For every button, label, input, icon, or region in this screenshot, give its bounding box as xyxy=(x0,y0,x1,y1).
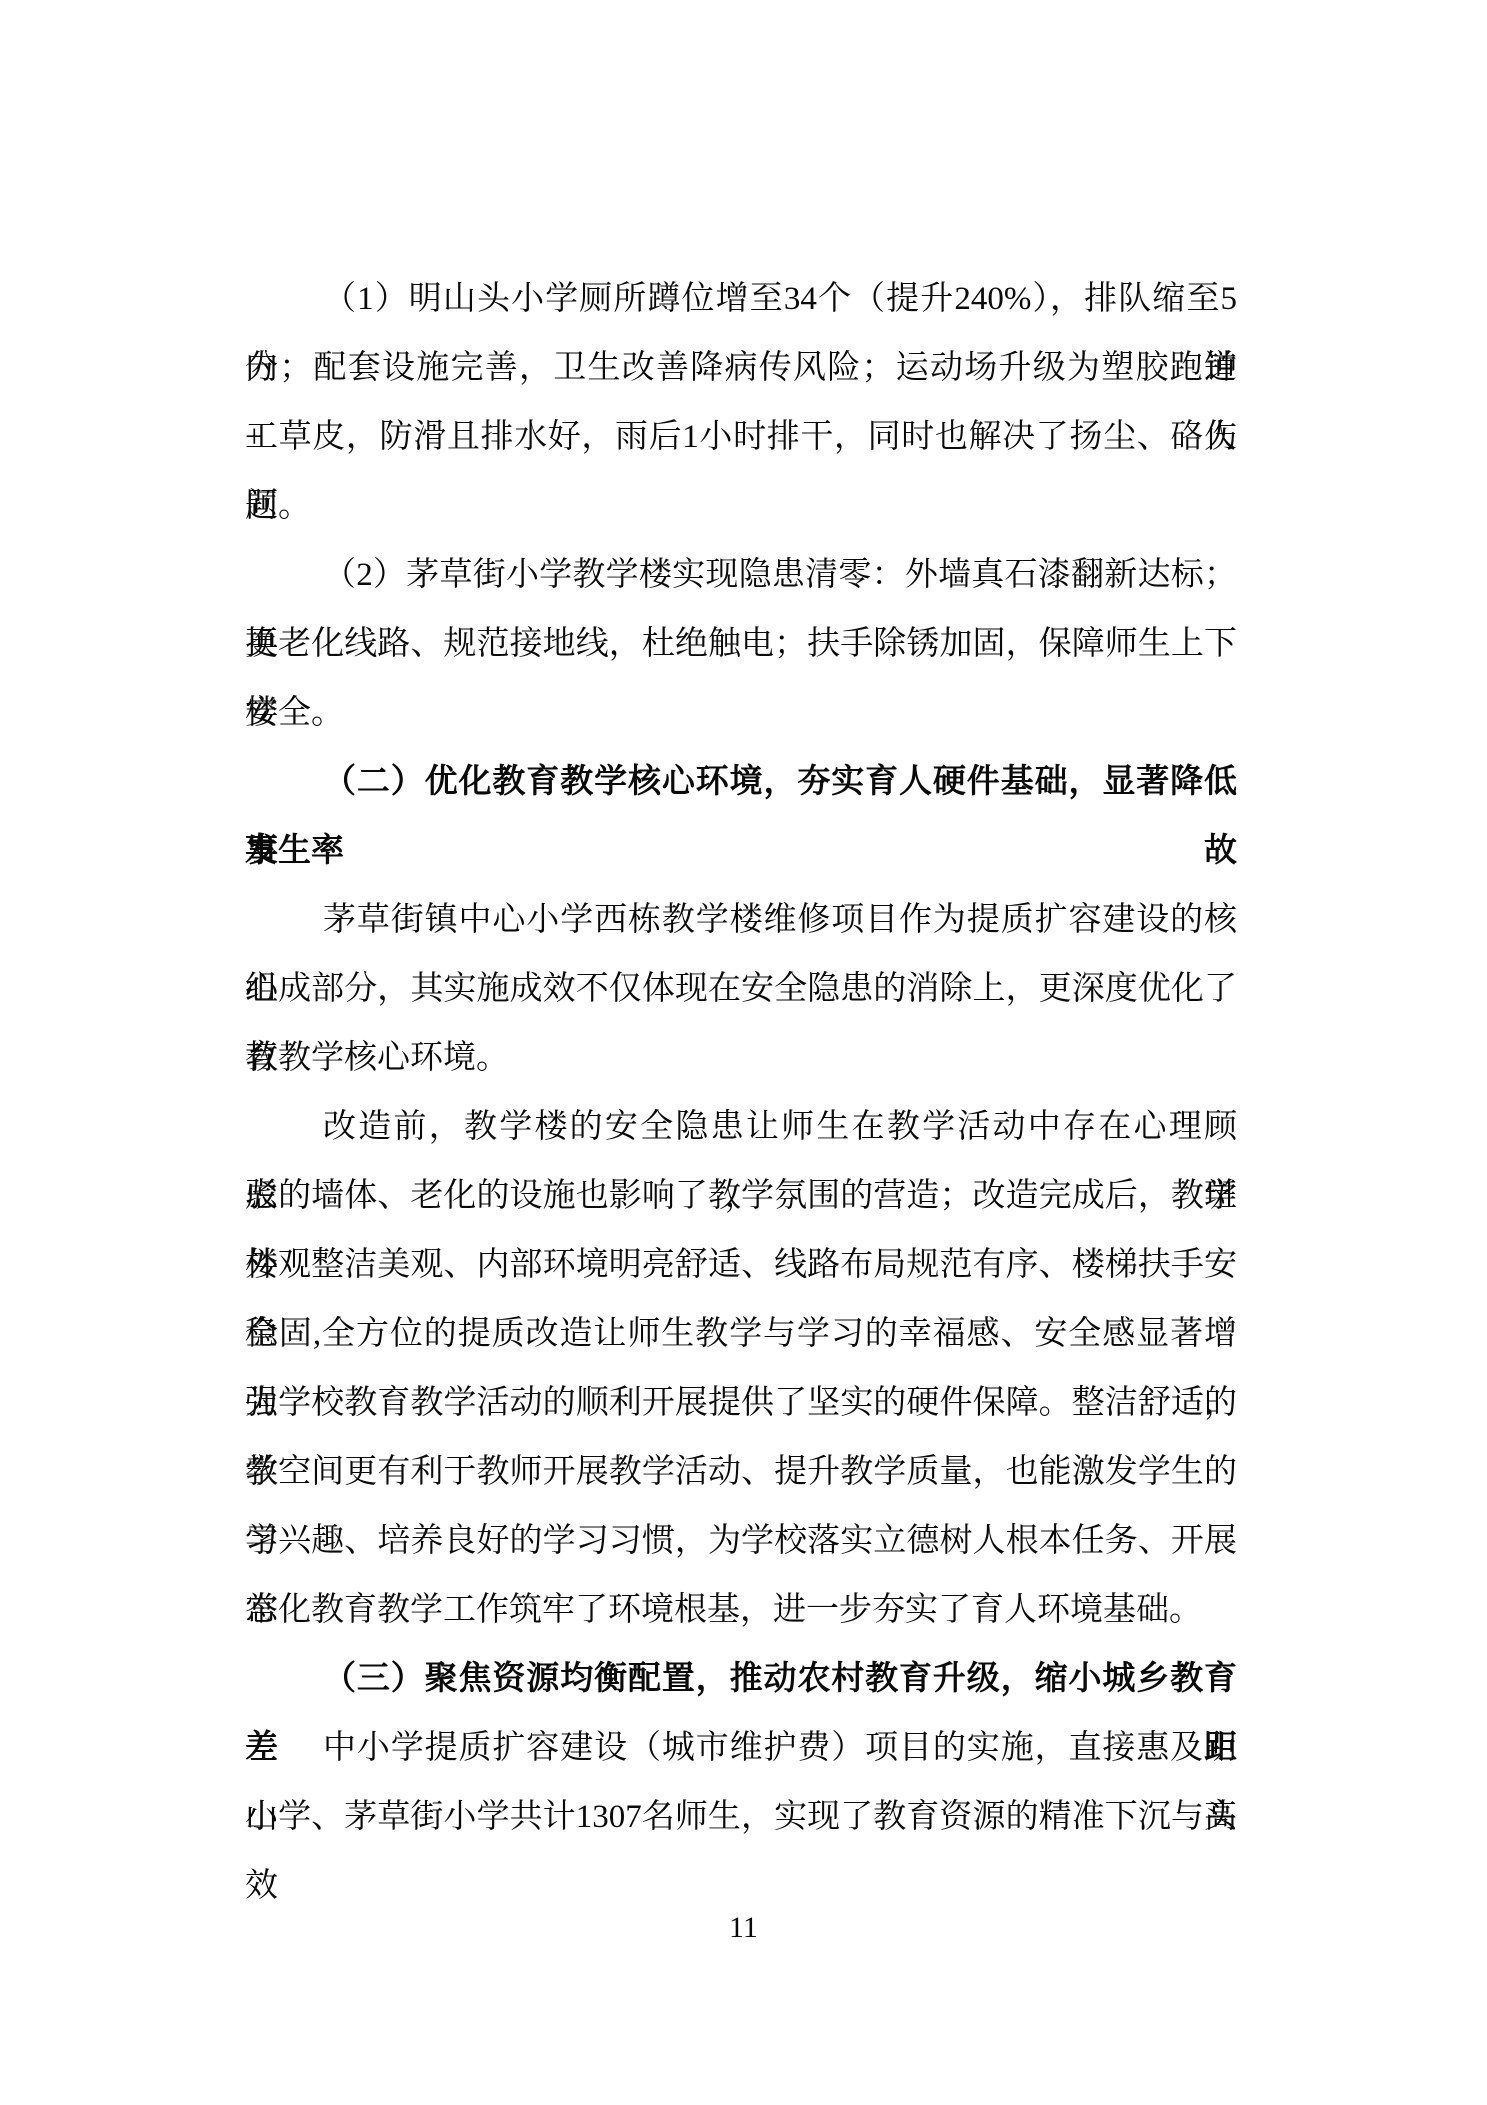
text-line: 为学校教育教学活动的顺利开展提供了坚实的硬件保障。整洁舒适的教 xyxy=(245,1369,1237,1438)
text-line: 题。 xyxy=(245,472,1237,541)
page-number: 11 xyxy=(0,1908,1487,1948)
text-line: 茅草街镇中心小学西栋教学楼维修项目作为提质扩容建设的核心 xyxy=(245,886,1237,955)
text-line: 育教学核心环境。 xyxy=(245,1024,1237,1093)
text-line: 驳的墙体、老化的设施也影响了教学氛围的营造；改造完成后，教学楼 xyxy=(245,1162,1237,1231)
document-page: （1）明山头小学厕所蹲位增至34个（提升240%），排队缩至5分钟内；配套设施完… xyxy=(0,0,1487,2105)
document-body: （1）明山头小学厕所蹲位增至34个（提升240%），排队缩至5分钟内；配套设施完… xyxy=(245,265,1237,1852)
text-line: （1）明山头小学厕所蹲位增至34个（提升240%），排队缩至5分钟 xyxy=(245,265,1237,334)
heading-line: （三）聚焦资源均衡配置，推动农村教育升级，缩小城乡教育差距 xyxy=(245,1645,1237,1714)
text-line: 小学、茅草街小学共计1307名师生，实现了教育资源的精准下沉与高效 xyxy=(245,1783,1237,1852)
text-line: 习兴趣、培养良好的学习习惯，为学校落实立德树人根本任务、开展常 xyxy=(245,1507,1237,1576)
text-line: 外观整洁美观、内部环境明亮舒适、线路布局规范有序、楼梯扶手安全 xyxy=(245,1231,1237,1300)
text-line: 组成部分，其实施成效不仅体现在安全隐患的消除上，更深度优化了教 xyxy=(245,955,1237,1024)
heading-line: （二）优化教育教学核心环境，夯实育人硬件基础，显著降低事故 xyxy=(245,748,1237,817)
text-line: 中小学提质扩容建设（城市维护费）项目的实施，直接惠及明山头 xyxy=(245,1714,1237,1783)
text-line: 稳固,全方位的提质改造让师生教学与学习的幸福感、安全感显著增强， xyxy=(245,1300,1237,1369)
text-line: 态化教育教学工作筑牢了环境根基，进一步夯实了育人环境基础。 xyxy=(245,1576,1237,1645)
text-line: 工草皮，防滑且排水好，雨后1小时排干，同时也解决了扬尘、硌伤问 xyxy=(245,403,1237,472)
text-line: （2）茅草街小学教学楼实现隐患清零：外墙真石漆翻新达标；更 xyxy=(245,541,1237,610)
text-line: 安全。 xyxy=(245,679,1237,748)
text-line: 改造前，教学楼的安全隐患让师生在教学活动中存在心理顾虑，斑 xyxy=(245,1093,1237,1162)
text-line: 内；配套设施完善，卫生改善降病传风险；运动场升级为塑胶跑道+人 xyxy=(245,334,1237,403)
text-line: 换老化线路、规范接地线，杜绝触电；扶手除锈加固，保障师生上下楼 xyxy=(245,610,1237,679)
text-line: 学空间更有利于教师开展教学活动、提升教学质量，也能激发学生的学 xyxy=(245,1438,1237,1507)
